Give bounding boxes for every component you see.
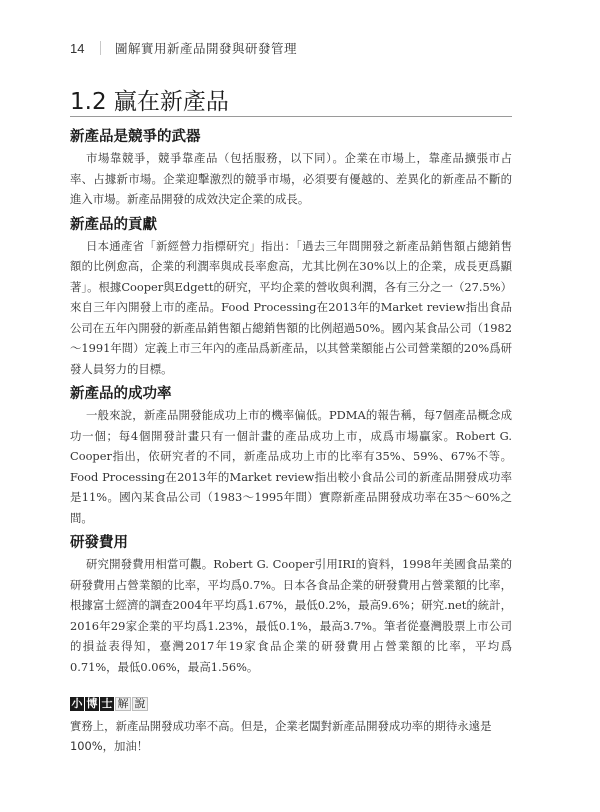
subsection-heading: 新產品是競爭的武器: [70, 126, 530, 148]
body-paragraph: 市場靠競爭，競爭靠產品（包括服務，以下同）。企業在市場上，靠產品擴張市占率、占據…: [70, 148, 512, 210]
subsection-heading: 研發費用: [70, 532, 530, 554]
subsection-heading: 新產品的貢獻: [70, 214, 530, 236]
book-title: 圖解實用新產品開發與研發管理: [115, 39, 297, 57]
section-content: 新產品是競爭的武器 市場靠競爭，競爭靠產品（包括服務，以下同）。企業在市場上，靠…: [70, 126, 530, 681]
badge-char: 博: [85, 697, 99, 711]
section-title: 1.2 贏在新產品: [70, 87, 229, 117]
badge-char: 小: [70, 697, 84, 711]
body-paragraph: 研究開發費用相當可觀。Robert G. Cooper引用IRI的資料，1998…: [70, 554, 512, 677]
body-paragraph: 日本通產省「新經營力指標研究」指出：「過去三年間開發之新產品銷售額占總銷售額的比…: [70, 236, 512, 380]
body-paragraph: 一般來說，新產品開發能成功上市的機率偏低。PDMA的報告稱，每7個產品概念成功一…: [70, 405, 512, 528]
badge-char: 士: [100, 697, 114, 711]
page-number: 14: [70, 41, 94, 56]
section-divider: [70, 116, 512, 117]
subsection-success-rate: 新產品的成功率 一般來說，新產品開發能成功上市的機率偏低。PDMA的報告稱，每7…: [70, 383, 530, 528]
header-divider: [100, 41, 101, 55]
subsection-contribution: 新產品的貢獻 日本通產省「新經營力指標研究」指出：「過去三年間開發之新產品銷售額…: [70, 214, 530, 380]
subsection-rd-expenses: 研發費用 研究開發費用相當可觀。Robert G. Cooper引用IRI的資料…: [70, 532, 530, 677]
badge-char: 說: [132, 697, 148, 711]
expert-tip-text: 實務上，新產品開發成功率不高。但是，企業老闆對新產品開發成功率的期待永遠是100…: [70, 716, 520, 756]
subsection-competitive-weapon: 新產品是競爭的武器 市場靠競爭，競爭靠產品（包括服務，以下同）。企業在市場上，靠…: [70, 126, 530, 210]
expert-tip-box: 小 博 士 解 說 實務上，新產品開發成功率不高。但是，企業老闆對新產品開發成功…: [70, 694, 520, 756]
running-header: 14 圖解實用新產品開發與研發管理: [70, 38, 297, 58]
expert-tip-badge: 小 博 士 解 說: [70, 697, 149, 712]
subsection-heading: 新產品的成功率: [70, 383, 530, 405]
badge-char: 解: [115, 697, 131, 711]
